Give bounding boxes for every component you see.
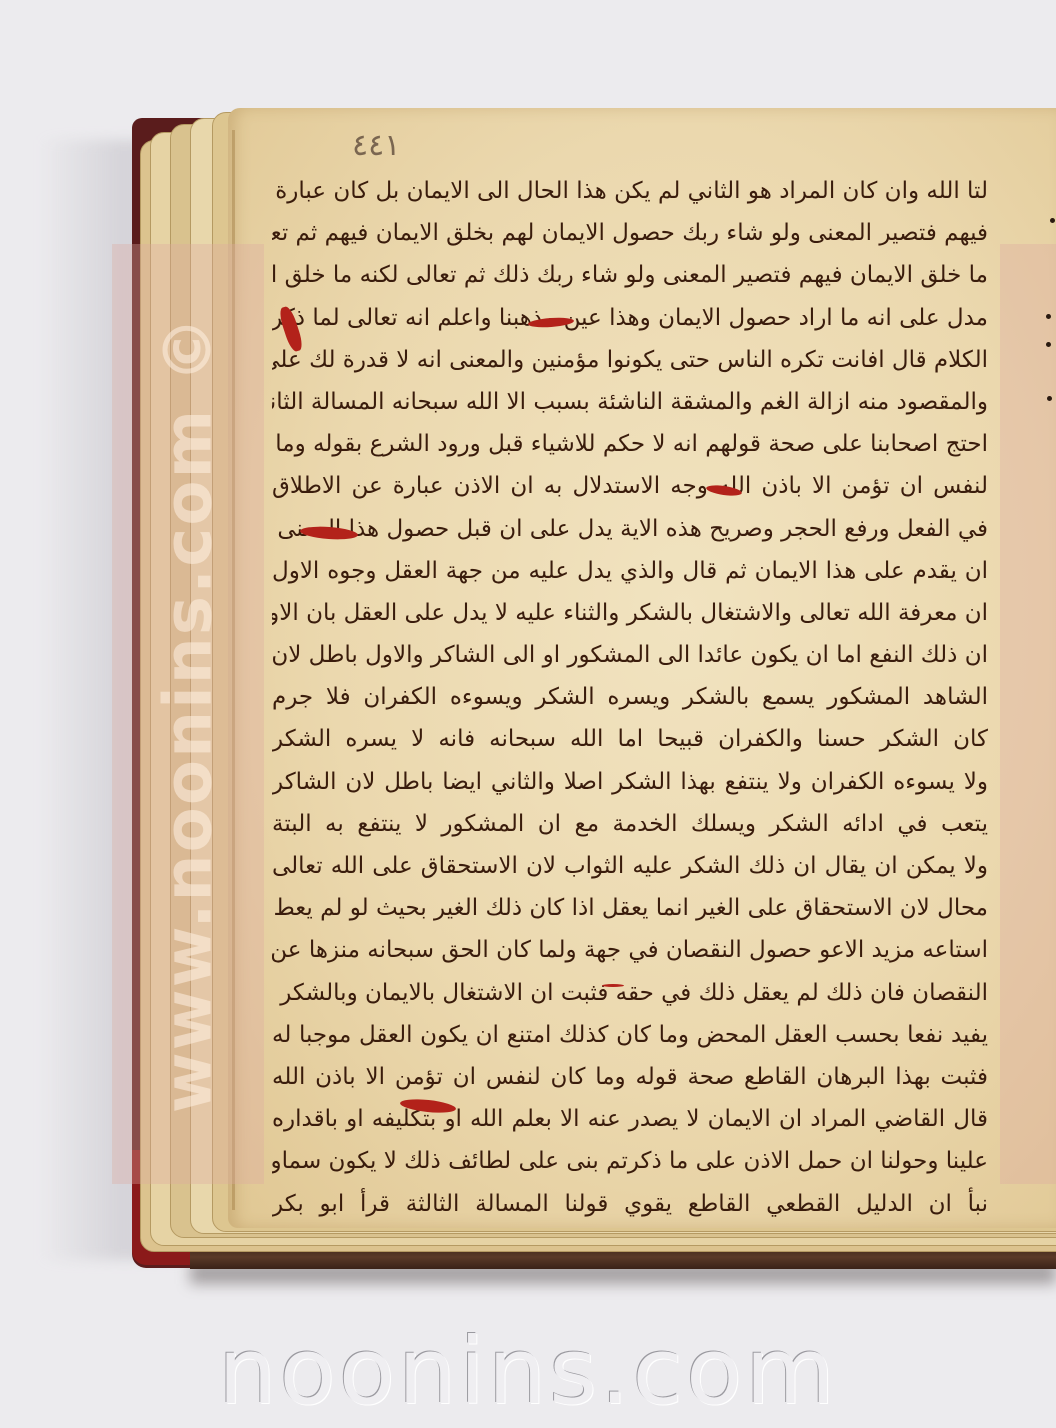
text-line: ان معرفة الله تعالى والاشتغال بالشكر وال… bbox=[272, 592, 988, 634]
folio-number: ٤٤١ bbox=[352, 128, 400, 163]
margin-dot bbox=[1046, 342, 1051, 347]
text-line: فثبت بهذا البرهان القاطع صحة قوله وما كا… bbox=[272, 1056, 988, 1098]
text-line: ما خلق الايمان فيهم فتصير المعنى ولو شاء… bbox=[272, 254, 988, 296]
bottom-watermark: noonins.com bbox=[0, 1318, 1056, 1425]
text-line: محال لان الاستحقاق على الغير انما يعقل ا… bbox=[272, 887, 988, 929]
text-line: ان ذلك النفع اما ان يكون عائدا الى المشك… bbox=[272, 634, 988, 676]
text-line: قال القاضي المراد ان الايمان لا يصدر عنه… bbox=[272, 1098, 988, 1140]
manuscript-text: لتا الله وان كان المراد هو الثاني لم يكن… bbox=[272, 170, 988, 1225]
text-line: ولا يمكن ان يقال ان ذلك الشكر عليه الثوا… bbox=[272, 845, 988, 887]
text-line: احتج اصحابنا على صحة قولهم انه لا حكم لل… bbox=[272, 423, 988, 465]
watermark-band-right bbox=[1000, 244, 1056, 1184]
text-line: والمقصود منه ازالة الغم والمشقة الناشئة … bbox=[272, 381, 988, 423]
text-line: استاعه مزيد الاعو حصول النقصان في جهة ول… bbox=[272, 929, 988, 971]
text-line: كان الشكر حسنا والكفران قبيحا اما الله س… bbox=[272, 718, 988, 760]
text-line: نبأ ان الدليل القطعي القاطع يقوي قولنا ا… bbox=[272, 1183, 988, 1225]
text-line: يتعب في ادائه الشكر ويسلك الخدمة مع ان ا… bbox=[272, 803, 988, 845]
text-line: ان يقدم على هذا الايمان ثم قال والذي يدل… bbox=[272, 550, 988, 592]
text-line: النقصان فان ذلك لم يعقل ذلك في حقه فثبت … bbox=[272, 972, 988, 1014]
rubric-mark bbox=[602, 984, 624, 987]
margin-dot bbox=[1046, 314, 1051, 319]
text-line: لنفس ان تؤمن الا باذن الله وجه الاستدلال… bbox=[272, 465, 988, 507]
margin-dot bbox=[1050, 218, 1055, 223]
text-line: الشاهد المشكور يسمع بالشكر ويسره الشكر و… bbox=[272, 676, 988, 718]
margin-dot bbox=[1047, 396, 1052, 401]
text-line: في الفعل ورفع الحجر وصريح هذه الاية يدل … bbox=[272, 508, 988, 550]
text-line: فيهم فتصير المعنى ولو شاء ربك حصول الايم… bbox=[272, 212, 988, 254]
side-watermark: www.noonins.com © bbox=[150, 315, 227, 1114]
text-line: ولا يسوءه الكفران ولا ينتفع بهذا الشكر ا… bbox=[272, 761, 988, 803]
text-line: يفيد نفعا بحسب العقل المحض وما كان كذلك … bbox=[272, 1014, 988, 1056]
text-line: مدل على انه ما اراد حصول الايمان وهذا عي… bbox=[272, 297, 988, 339]
text-line: علينا وحولنا ان حمل الاذن على ما ذكرتم ب… bbox=[272, 1140, 988, 1182]
text-line: لتا الله وان كان المراد هو الثاني لم يكن… bbox=[272, 170, 988, 212]
text-line: الكلام قال افانت تكره الناس حتى يكونوا م… bbox=[272, 339, 988, 381]
